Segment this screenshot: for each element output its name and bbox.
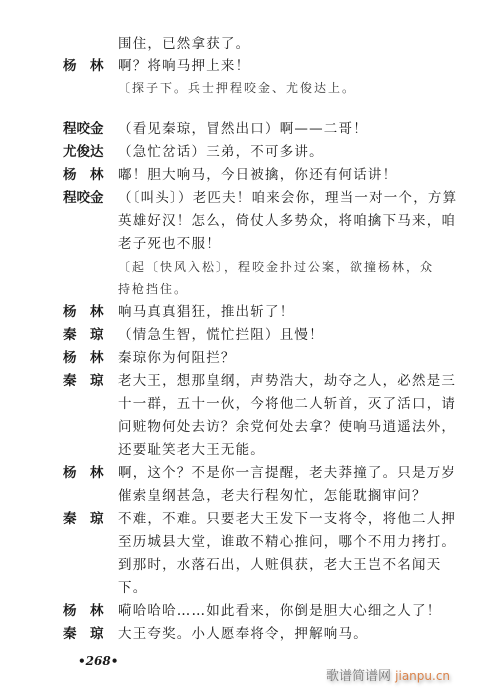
speaker-name: 程咬金 <box>63 118 105 140</box>
line-text: 下。 <box>118 577 147 599</box>
line-text: （情急生智，慌忙拦阻）且慢！ <box>118 324 324 346</box>
watermark-en: jianpu.cn <box>395 669 450 683</box>
speaker-name: 程咬金 <box>63 187 105 209</box>
speaker-name: 杨 林 <box>63 301 105 323</box>
book-page: 围住，已然拿获了。杨 林啊？将响马押上来！〔探子下。兵士押程咬金、尤俊达上。程咬… <box>0 0 477 690</box>
speaker-name: 秦 琼 <box>63 324 105 346</box>
line-text: 嘟！胆大响马，今日被擒，你还有何话讲！ <box>118 164 397 186</box>
line-text: 秦琼你为何阻拦？ <box>118 347 236 369</box>
line-text: （〔叫头〕）老匹夫！咱来会你，理当一对一个，方算 <box>118 187 457 209</box>
line-text: 响马真真猖狂，推出斩了！ <box>118 301 294 323</box>
line-text: 围住，已然拿获了。 <box>118 33 250 55</box>
speaker-name: 秦 琼 <box>63 508 105 530</box>
line-text: 啊？将响马押上来！ <box>118 55 250 77</box>
line-text: 大王夸奖。小人愿奉将令，押解响马。 <box>118 623 368 645</box>
line-text: 不难，不难。只要老大王发下一支将令，将他二人押 <box>118 508 456 530</box>
stage-direction-text: 〔起〔快风入松〕，程咬金扑过公案，欲撞杨林，众 <box>118 256 434 278</box>
line-text: 到那时，水落石出，人赃俱获，老大王岂不名闻天 <box>118 554 441 576</box>
line-text: 老子死也不服！ <box>118 233 221 255</box>
speaker-name: 秦 琼 <box>63 370 105 392</box>
watermark: 歌谱简谱网 jianpu.cn <box>326 665 450 684</box>
line-text: （急忙岔话）三弟，不可多讲。 <box>118 141 324 163</box>
speaker-name: 杨 林 <box>63 164 105 186</box>
line-text: 十一群，五十一伙，今将他二人斩首，灭了活口，请 <box>118 393 456 415</box>
line-text: 啊，这个？不是你一言提醒，老夫莽撞了。只是万岁 <box>118 462 456 484</box>
watermark-cn: 歌谱简谱网 <box>326 669 391 684</box>
line-text: 老大王，想那皇纲，声势浩大，劫夺之人，必然是三 <box>118 370 456 392</box>
line-text: 嗬哈哈哈……如此看来，你倒是胆大心细之人了！ <box>118 600 441 622</box>
speaker-name: 杨 林 <box>63 347 105 369</box>
speaker-name: 尤俊达 <box>63 141 105 163</box>
speaker-name: 杨 林 <box>63 55 105 77</box>
line-text: 至历城县大堂，谁敢不精心推问，哪个不用力拷打。 <box>118 531 456 553</box>
stage-direction-text: 〔探子下。兵士押程咬金、尤俊达上。 <box>118 77 356 99</box>
line-text: （看见秦琼，冒然出口）啊——二哥！ <box>118 118 368 140</box>
line-text: 英雄好汉！怎么，倚仗人多势众，将咱擒下马来，咱 <box>118 210 456 232</box>
page-number: •268• <box>78 654 118 668</box>
speaker-name: 杨 林 <box>63 462 105 484</box>
line-text: 问赃物何处去访？余党何处去拿？使响马逍遥法外， <box>118 416 456 438</box>
line-text: 还要耻笑老大王无能。 <box>118 439 265 461</box>
stage-direction-text: 持枪挡住。 <box>118 278 188 300</box>
line-text: 催索皇纲甚急，老夫行程匆忙，怎能耽搁审问？ <box>118 485 427 507</box>
speaker-name: 杨 林 <box>63 600 105 622</box>
speaker-name: 秦 琼 <box>63 623 105 645</box>
